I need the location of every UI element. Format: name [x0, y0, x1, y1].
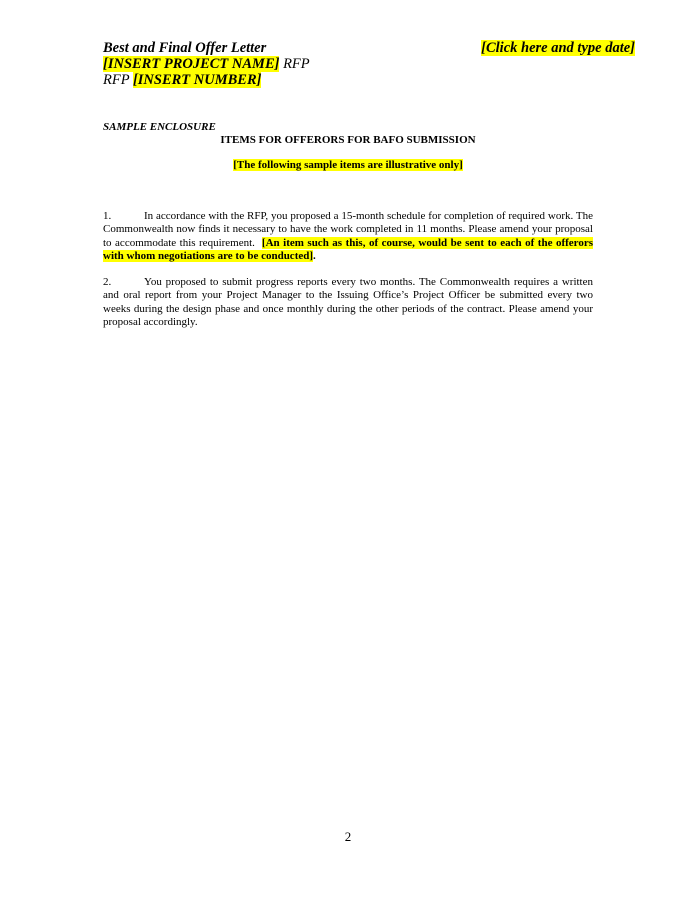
section-heading: ITEMS FOR OFFERORS FOR BAFO SUBMISSION	[103, 134, 593, 147]
rfp-prefix: RFP	[103, 72, 133, 88]
project-name-line: [INSERT PROJECT NAME] RFP	[103, 56, 635, 72]
item-2: 2.You proposed to submit progress report…	[103, 276, 593, 330]
rfp-number-line: RFP [INSERT NUMBER]	[103, 72, 635, 88]
item-number: 2.	[103, 276, 144, 289]
illustrative-note: [The following sample items are illustra…	[233, 159, 463, 171]
item-text: You proposed to submit progress reports …	[103, 276, 593, 328]
item-1: 1.In accordance with the RFP, you propos…	[103, 210, 593, 264]
date-field[interactable]: [Click here and type date]	[481, 40, 635, 56]
section-subheading: [The following sample items are illustra…	[103, 159, 593, 172]
enclosure-label: SAMPLE ENCLOSURE	[103, 121, 216, 133]
item-note-end: .	[313, 250, 316, 262]
rfp-number-field[interactable]: [INSERT NUMBER]	[133, 72, 262, 88]
item-number: 1.	[103, 210, 144, 223]
page-number: 2	[0, 829, 696, 845]
letter-header: Best and Final Offer Letter [INSERT PROJ…	[103, 40, 635, 88]
project-name-field[interactable]: [INSERT PROJECT NAME]	[103, 56, 279, 72]
project-rfp-suffix: RFP	[279, 56, 309, 72]
